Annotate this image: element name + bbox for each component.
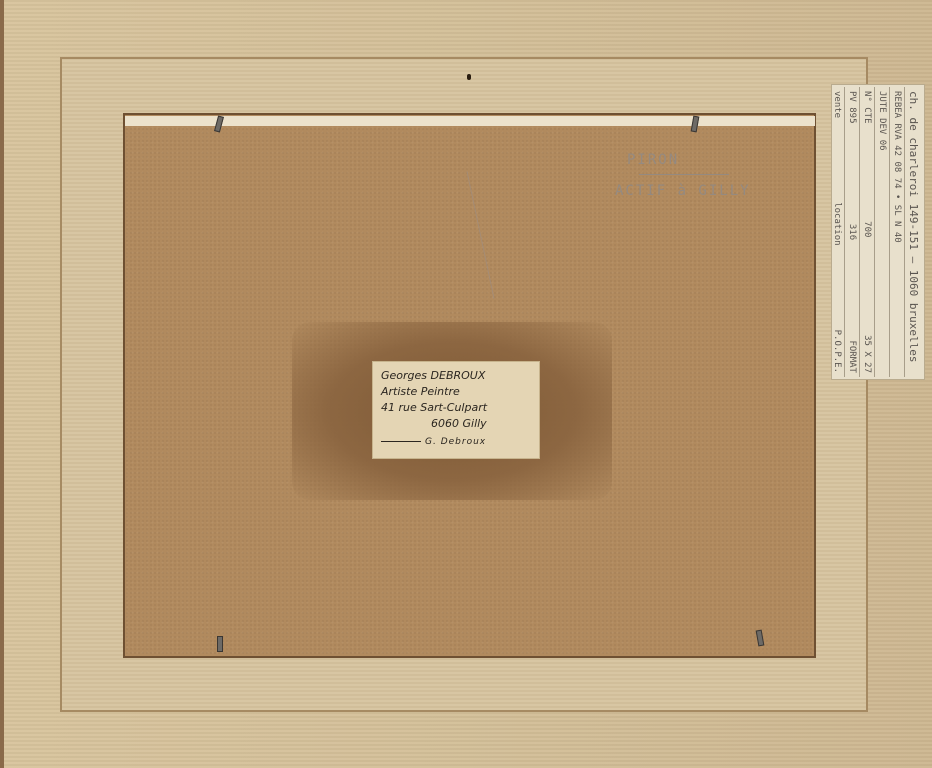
top-paper-strip xyxy=(125,116,815,126)
artist-title: Artiste Peintre xyxy=(381,384,531,400)
artist-signature: G. Debroux xyxy=(381,434,531,450)
dealer-pv-label: PV 895 xyxy=(847,91,857,124)
dealer-format-value: 35 X 27 xyxy=(862,335,872,373)
dealer-label-content: ch. de charleroi 149-151 — 1060 bruxelle… xyxy=(834,87,922,377)
signature-line xyxy=(381,441,421,442)
dealer-format-label: FORMAT xyxy=(847,340,857,373)
dealer-header: ch. de charleroi 149-151 — 1060 bruxelle… xyxy=(907,91,920,363)
dealer-line-b: JUTE DEV 06 xyxy=(877,91,887,151)
artist-address: 41 rue Sart-Culpart xyxy=(381,400,531,416)
pencil-line-2: ACTIF à GILLY xyxy=(615,183,751,199)
dealer-vente: vente xyxy=(832,91,842,118)
dealer-tag: P.O.P.E. xyxy=(832,330,842,373)
signature-text: G. Debroux xyxy=(425,437,486,447)
artist-label: Georges DEBROUX Artiste Peintre 41 rue S… xyxy=(373,362,539,458)
artist-city: 6060 Gilly xyxy=(381,416,531,432)
dealer-ref-label: N° CTE xyxy=(862,91,872,124)
clip-icon xyxy=(217,636,223,652)
dealer-location: location xyxy=(832,202,842,245)
pencil-name: PIRON xyxy=(627,152,751,168)
pencil-inscription: PIRON ACTIF à GILLY xyxy=(615,152,751,199)
pencil-underline xyxy=(639,174,729,175)
dealer-label: ch. de charleroi 149-151 — 1060 bruxelle… xyxy=(832,85,924,379)
dealer-pv-value: 316 xyxy=(847,224,857,240)
dealer-ref-value: 700 xyxy=(862,221,872,237)
artist-name: Georges DEBROUX xyxy=(381,368,531,384)
hanging-hole xyxy=(467,74,471,80)
dealer-line-a: REBEA RVA 42 08 74 • SL N 40 xyxy=(892,91,902,243)
